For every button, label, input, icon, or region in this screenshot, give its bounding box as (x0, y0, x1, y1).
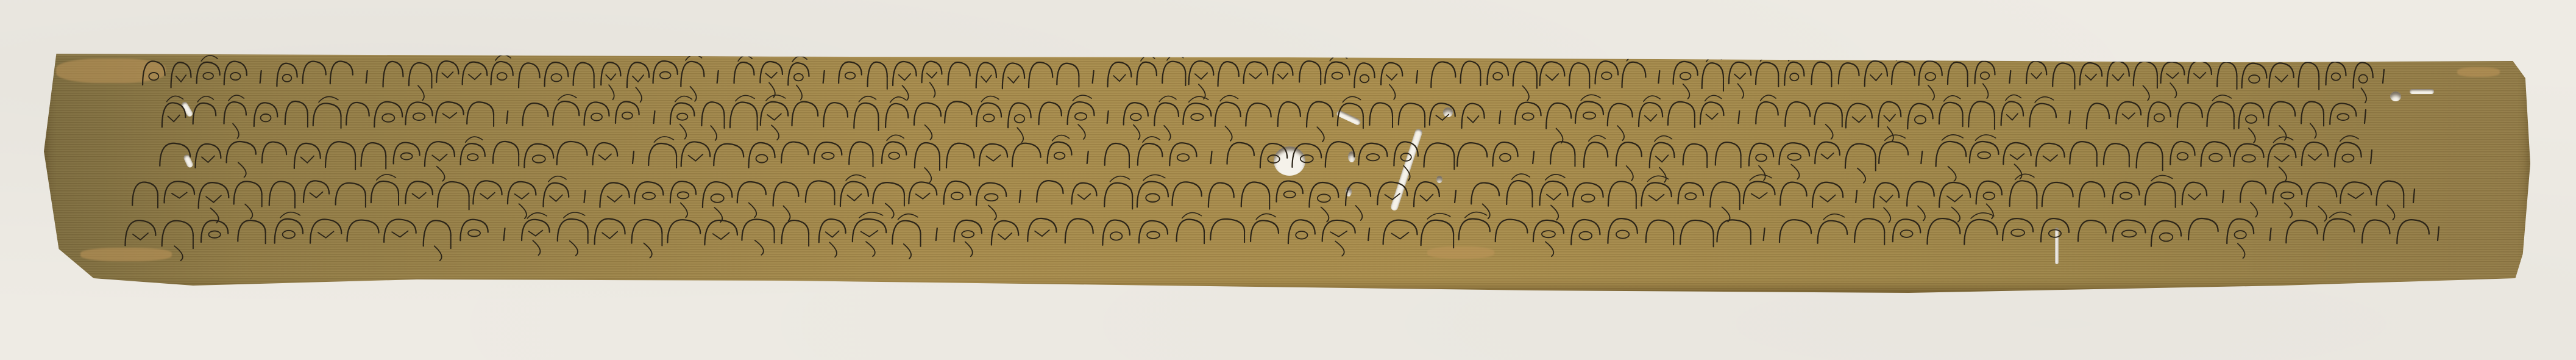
manuscript-line-2 (158, 95, 2358, 132)
palm-leaf-folio (44, 54, 2530, 298)
manuscript-line-4 (128, 175, 2407, 211)
handwriting-strokes (128, 175, 2407, 211)
manuscript-line-5 (122, 212, 2432, 249)
manuscript-line-3 (158, 135, 2365, 172)
handwriting-strokes (158, 95, 2358, 132)
handwriting-strokes (122, 212, 2432, 249)
handwriting-strokes (158, 135, 2365, 172)
manuscript-text (44, 54, 2530, 298)
